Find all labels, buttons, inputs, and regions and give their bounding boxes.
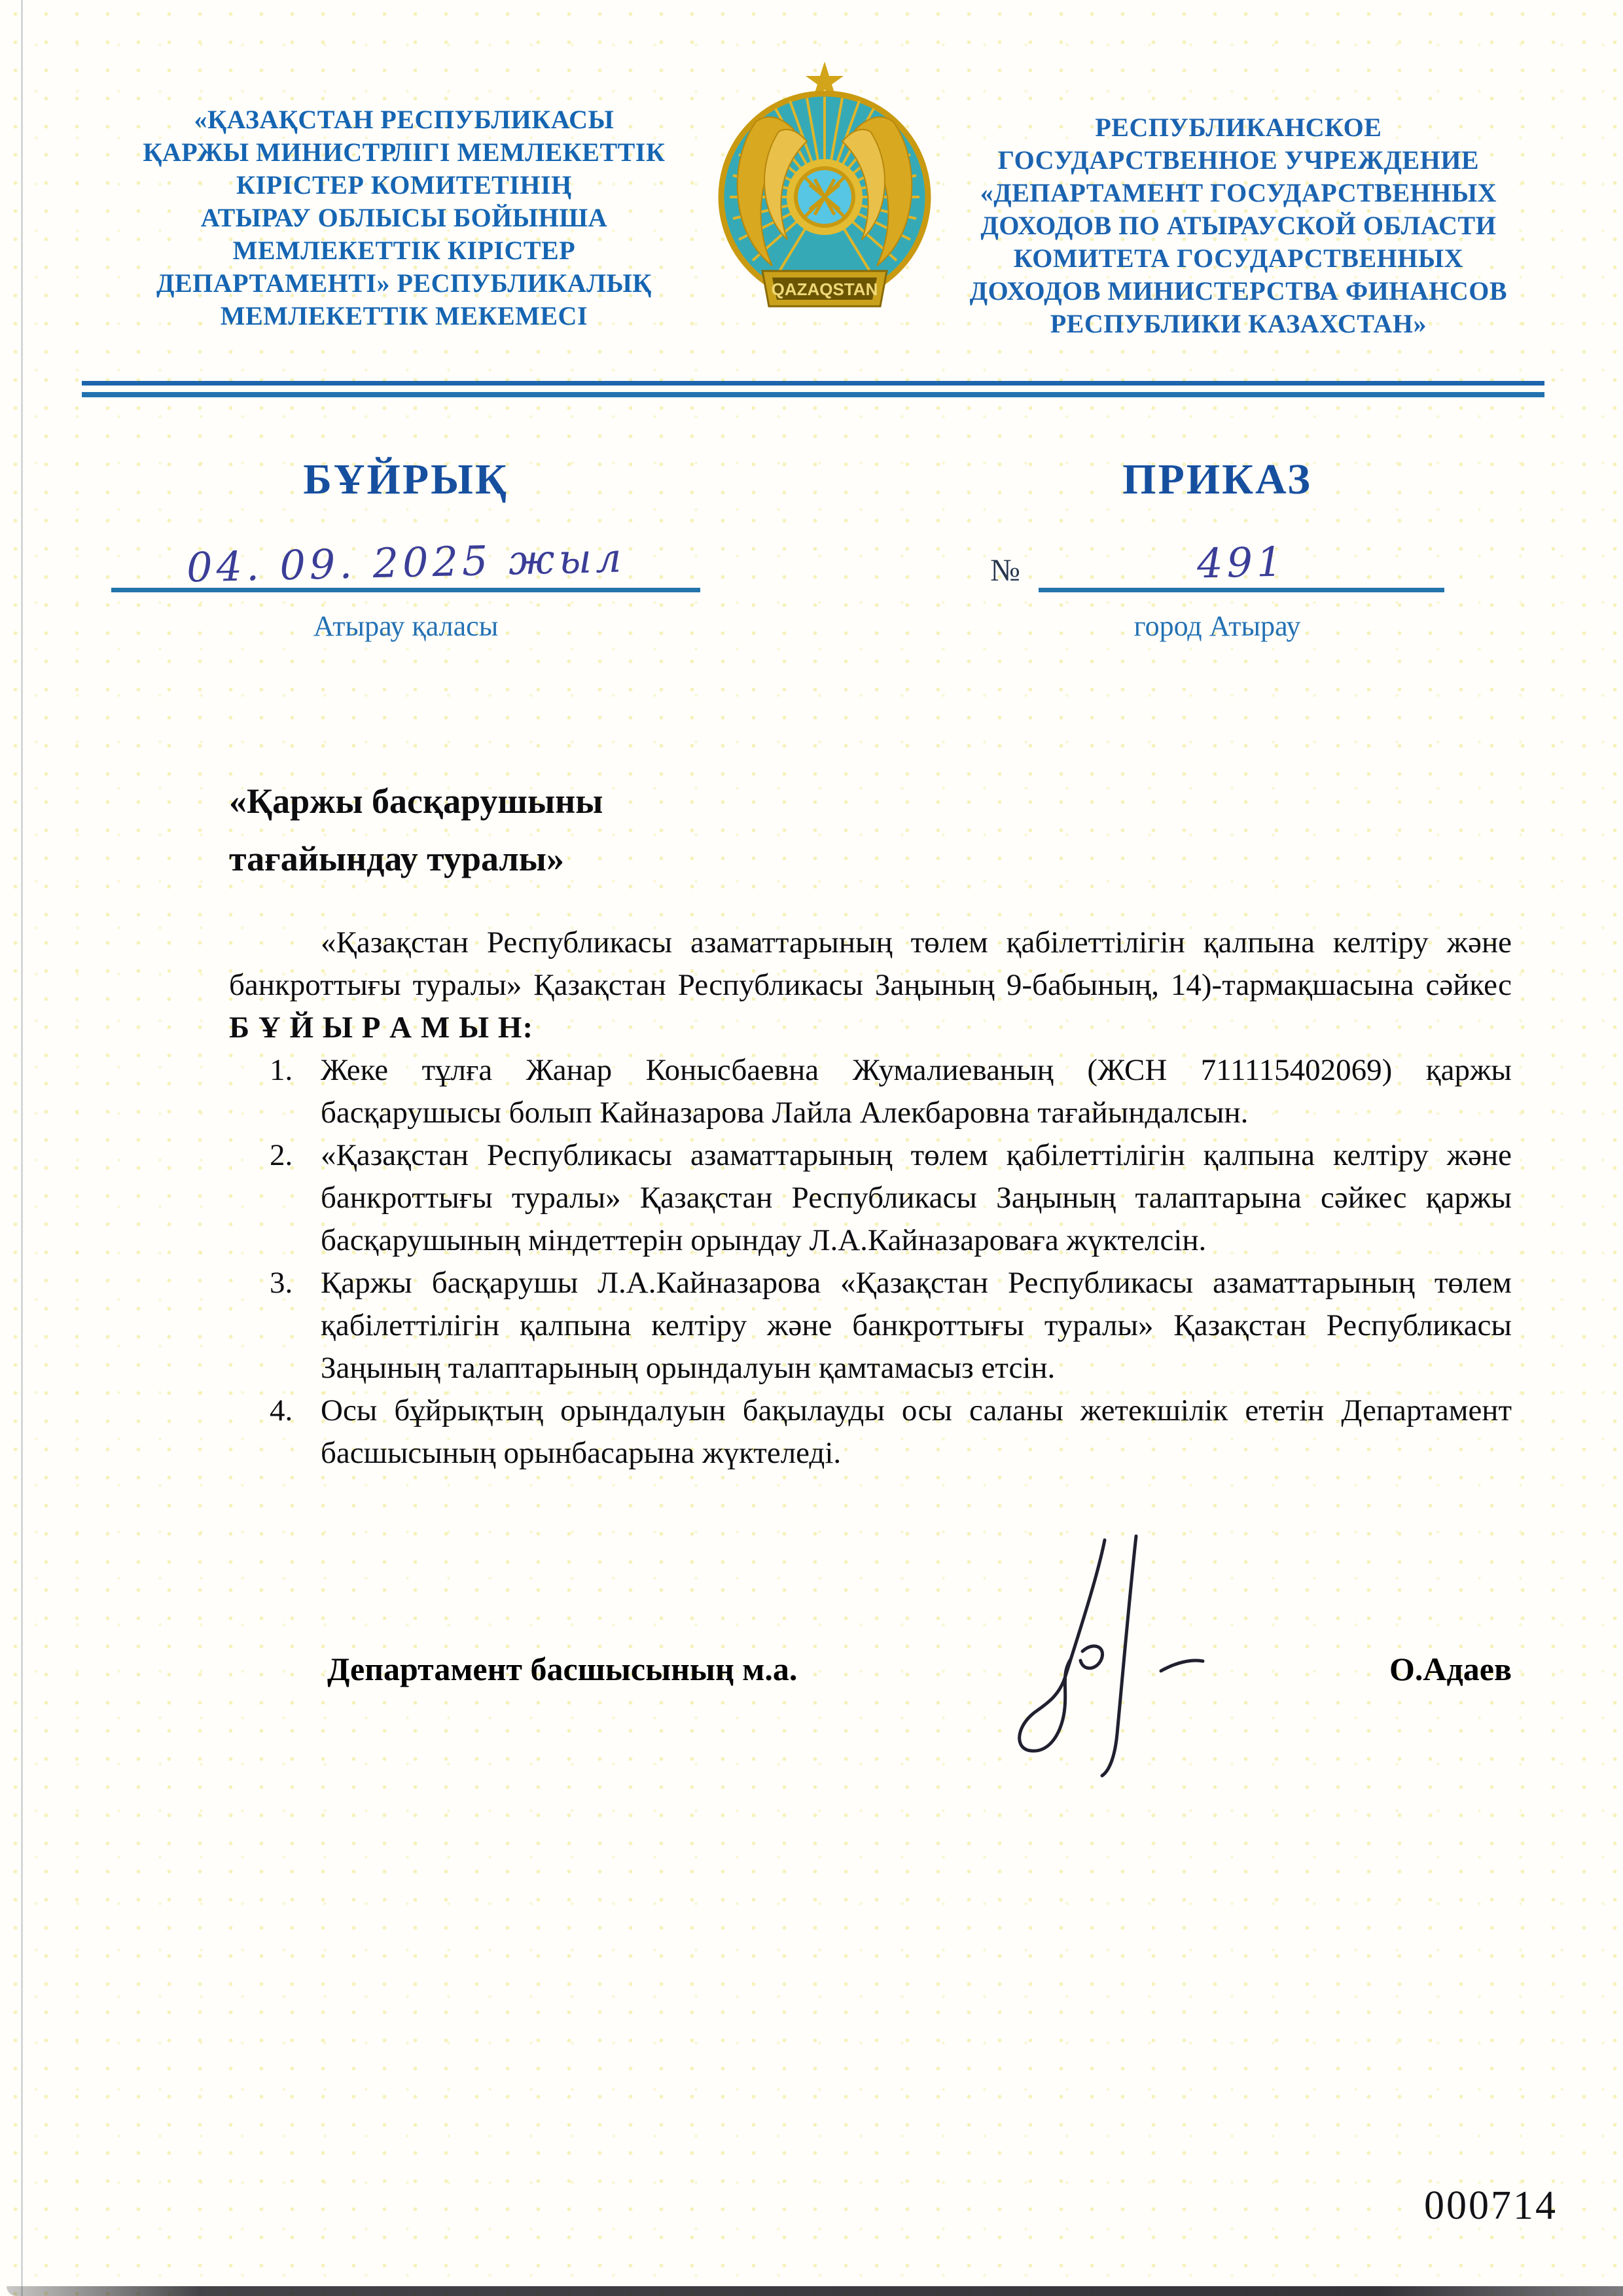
- org-kk-line: «ҚАЗАҚСТАН РЕСПУБЛИКАСЫ: [92, 103, 717, 136]
- order-title-ru: ПРИКАЗ: [1122, 455, 1312, 505]
- org-ru-line: «ДЕПАРТАМЕНТ ГОСУДАРСТВЕННЫХ: [933, 177, 1544, 209]
- page-registration-number: 000714: [1424, 2183, 1558, 2229]
- item-text: «Қазақстан Республикасы азаматтарының тө…: [321, 1138, 1512, 1257]
- scan-edge-bottom: [7, 2286, 1623, 2296]
- order-items: 1. Жеке тұлға Жанар Конысбаевна Жумалиев…: [229, 1049, 1512, 1475]
- org-ru-line: ГОСУДАРСТВЕННОЕ УЧРЕЖДЕНИЕ: [933, 144, 1544, 177]
- kazakhstan-coat-of-arms-icon: QAZAQSTAN: [717, 50, 933, 340]
- order-russian-column: ПРИКАЗ № 491 город Атырау: [811, 455, 1623, 643]
- item-text: Жеке тұлға Жанар Конысбаевна Жумалиеваны…: [321, 1053, 1512, 1130]
- item-text: Қаржы басқарушы Л.А.Кайназарова «Қазақст…: [321, 1266, 1512, 1385]
- subject-line-1: «Қаржы басқарушыны: [229, 772, 1512, 830]
- item-number: 2.: [270, 1134, 293, 1177]
- item-number: 1.: [270, 1049, 293, 1092]
- item-text: Осы бұйрықтың орындалуын бақылауды осы с…: [321, 1393, 1512, 1470]
- org-ru-line: РЕСПУБЛИКИ КАЗАХСТАН»: [933, 308, 1544, 340]
- order-subject: «Қаржы басқарушыны тағайындау туралы»: [229, 772, 1512, 888]
- place-ru: город Атырау: [1134, 609, 1301, 643]
- org-kk-line: ДЕПАРТАМЕНТІ» РЕСПУБЛИКАЛЫҚ: [92, 267, 717, 300]
- org-kk-line: МЕМЛЕКЕТТІК КІРІСТЕР: [92, 234, 717, 267]
- item-number: 4.: [270, 1390, 293, 1432]
- order-item-3: 3. Қаржы басқарушы Л.А.Кайназарова «Қаза…: [229, 1262, 1512, 1390]
- order-intro-paragraph: «Қазақстан Республикасы азаматтарының тө…: [229, 922, 1512, 1049]
- place-kk: Атырау қаласы: [313, 609, 499, 643]
- order-item-4: 4. Осы бұйрықтың орындалуын бақылауды ос…: [229, 1390, 1512, 1475]
- org-name-russian: РЕСПУБЛИКАНСКОЕ ГОСУДАРСТВЕННОЕ УЧРЕЖДЕН…: [933, 111, 1544, 340]
- org-kk-line: АТЫРАУ ОБЛЫСЫ БОЙЫНША: [92, 202, 717, 234]
- order-title-block: БҰЙРЫҚ 04. 09. 2025 жыл Атырау қаласы ПР…: [0, 455, 1623, 643]
- intro-decree-word: Б Ұ Й Ы Р А М Ы Н:: [229, 1011, 533, 1045]
- org-name-kazakh: «ҚАЗАҚСТАН РЕСПУБЛИКАСЫ ҚАРЖЫ МИНИСТРЛІГ…: [92, 103, 717, 340]
- emblem-banner-text: QAZAQSTAN: [771, 279, 878, 299]
- handwritten-number: 491: [1196, 537, 1287, 587]
- signer-title: Департамент басшысының м.а.: [327, 1650, 797, 1688]
- subject-line-2: тағайындау туралы»: [229, 830, 1512, 888]
- signature-ink-icon: [1001, 1534, 1217, 1799]
- org-kk-line: ҚАРЖЫ МИНИСТРЛІГІ МЕМЛЕКЕТТІК: [92, 136, 717, 169]
- org-ru-line: ДОХОДОВ МИНИСТЕРСТВА ФИНАНСОВ: [933, 275, 1544, 308]
- scan-edge-left: [21, 0, 23, 2296]
- org-kk-line: КІРІСТЕР КОМИТЕТІНІҢ: [92, 169, 717, 202]
- order-kazakh-column: БҰЙРЫҚ 04. 09. 2025 жыл Атырау қаласы: [0, 455, 811, 643]
- order-item-1: 1. Жеке тұлға Жанар Конысбаевна Жумалиев…: [229, 1049, 1512, 1134]
- document-page: «ҚАЗАҚСТАН РЕСПУБЛИКАСЫ ҚАРЖЫ МИНИСТРЛІГ…: [0, 0, 1623, 2296]
- signature-block: Департамент басшысының м.а. О.Адаев: [327, 1573, 1512, 1782]
- org-ru-line: РЕСПУБЛИКАНСКОЕ: [933, 111, 1544, 144]
- org-ru-line: КОМИТЕТА ГОСУДАРСТВЕННЫХ: [933, 242, 1544, 275]
- order-body: «Қаржы басқарушыны тағайындау туралы» «Қ…: [229, 772, 1512, 1475]
- order-item-2: 2. «Қазақстан Республикасы азаматтарының…: [229, 1134, 1512, 1262]
- number-label: №: [990, 552, 1020, 592]
- handwritten-date: 04. 09. 2025 жыл: [186, 533, 626, 591]
- intro-text: «Қазақстан Республикасы азаматтарының тө…: [229, 925, 1512, 1002]
- date-field: 04. 09. 2025 жыл: [111, 539, 700, 592]
- org-ru-line: ДОХОДОВ ПО АТЫРАУСКОЙ ОБЛАСТИ: [933, 209, 1544, 242]
- letterhead: «ҚАЗАҚСТАН РЕСПУБЛИКАСЫ ҚАРЖЫ МИНИСТРЛІГ…: [0, 0, 1623, 340]
- number-field: 491: [1039, 539, 1444, 592]
- item-number: 3.: [270, 1262, 293, 1304]
- signer-name: О.Адаев: [1389, 1650, 1512, 1688]
- org-kk-line: МЕМЛЕКЕТТІК МЕКЕМЕСІ: [92, 300, 717, 332]
- header-divider: [82, 381, 1544, 397]
- order-title-kk: БҰЙРЫҚ: [303, 455, 508, 505]
